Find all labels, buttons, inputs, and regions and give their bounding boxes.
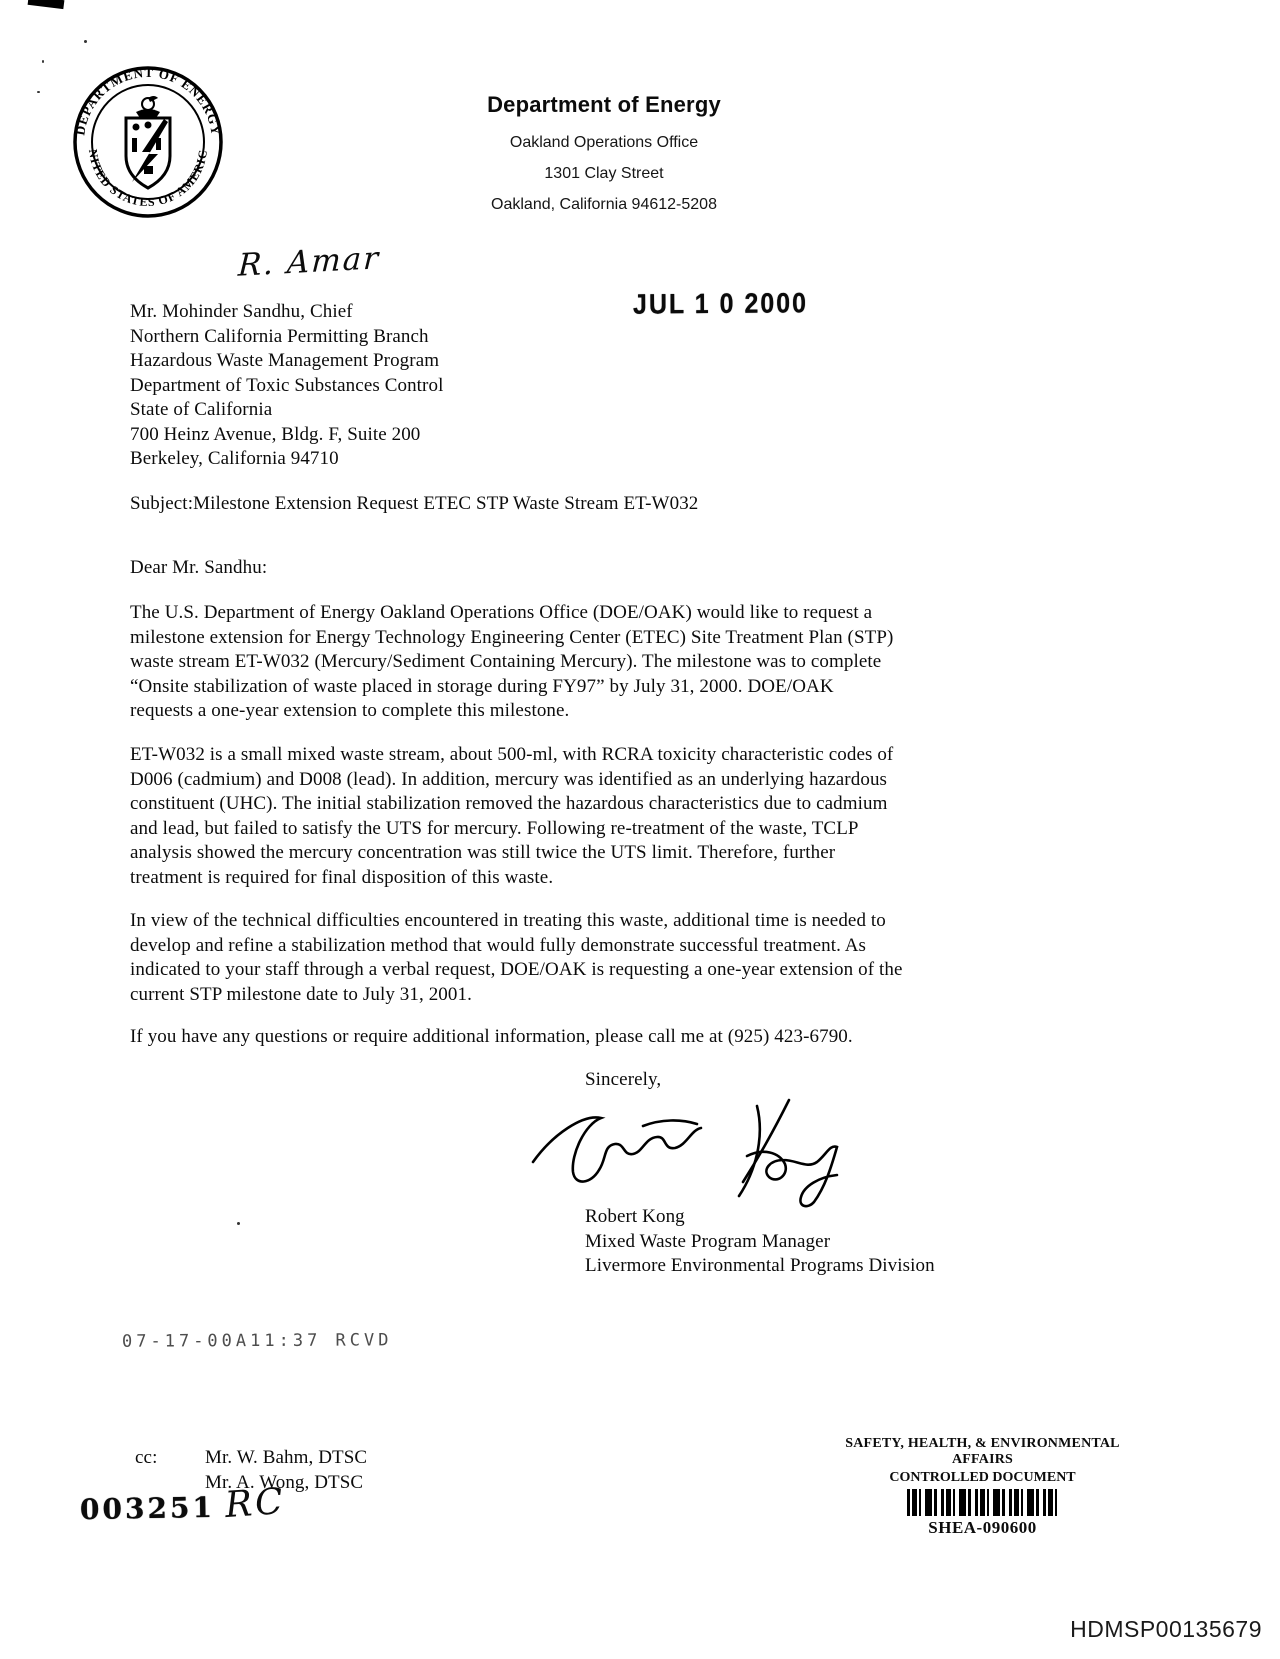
date-stamp: JUL 1 0 2000 [633,288,808,322]
closing: Sincerely, [585,1068,661,1093]
barcode [907,1489,1059,1516]
cc-label: cc: [135,1446,157,1471]
scan-speck [84,40,87,43]
document-id: HDMSP00135679 [0,1616,1262,1643]
controlled-document-line1: SAFETY, HEALTH, & ENVIRONMENTAL AFFAIRS [815,1436,1150,1468]
received-stamp: 07-17-00A11:37 RCVD [122,1330,393,1351]
scan-artifact-corner [28,0,65,9]
paragraph-1: The U.S. Department of Energy Oakland Op… [130,601,1140,724]
agency-name: Department of Energy [0,92,1208,118]
letterhead: Department of Energy Oakland Operations … [0,92,1208,220]
signature-robert-kong [525,1092,885,1210]
handwritten-name-annotation: R. Amar [237,240,381,284]
barcode-label: SHEA-090600 [815,1518,1150,1538]
recipient-address: Mr. Mohinder Sandhu, Chief Northern Cali… [130,300,443,472]
paragraph-2: ET-W032 is a small mixed waste stream, a… [130,743,1140,890]
doc-number-initials: RC [224,1481,287,1526]
salutation: Dear Mr. Sandhu: [130,556,267,581]
scanned-letter-page: · DEPARTMENT OF ENERGY · UNITED STATES O… [0,0,1280,1659]
street-line: 1301 Clay Street [0,158,1208,189]
doc-number-stamp: 003251 [80,1491,215,1526]
signer-block: Robert Kong Mixed Waste Program Manager … [585,1205,935,1279]
controlled-document-line2: CONTROLLED DOCUMENT [815,1470,1150,1486]
city-line: Oakland, California 94612-5208 [0,189,1208,220]
paragraph-4: If you have any questions or require add… [130,1025,1140,1050]
subject-line: Subject:Milestone Extension Request ETEC… [130,492,698,517]
scan-speck [42,60,44,63]
office-line: Oakland Operations Office [0,127,1208,158]
scan-speck [237,1222,240,1225]
paragraph-3: In view of the technical difficulties en… [130,909,1140,1007]
controlled-document-block: SAFETY, HEALTH, & ENVIRONMENTAL AFFAIRS … [815,1436,1150,1538]
